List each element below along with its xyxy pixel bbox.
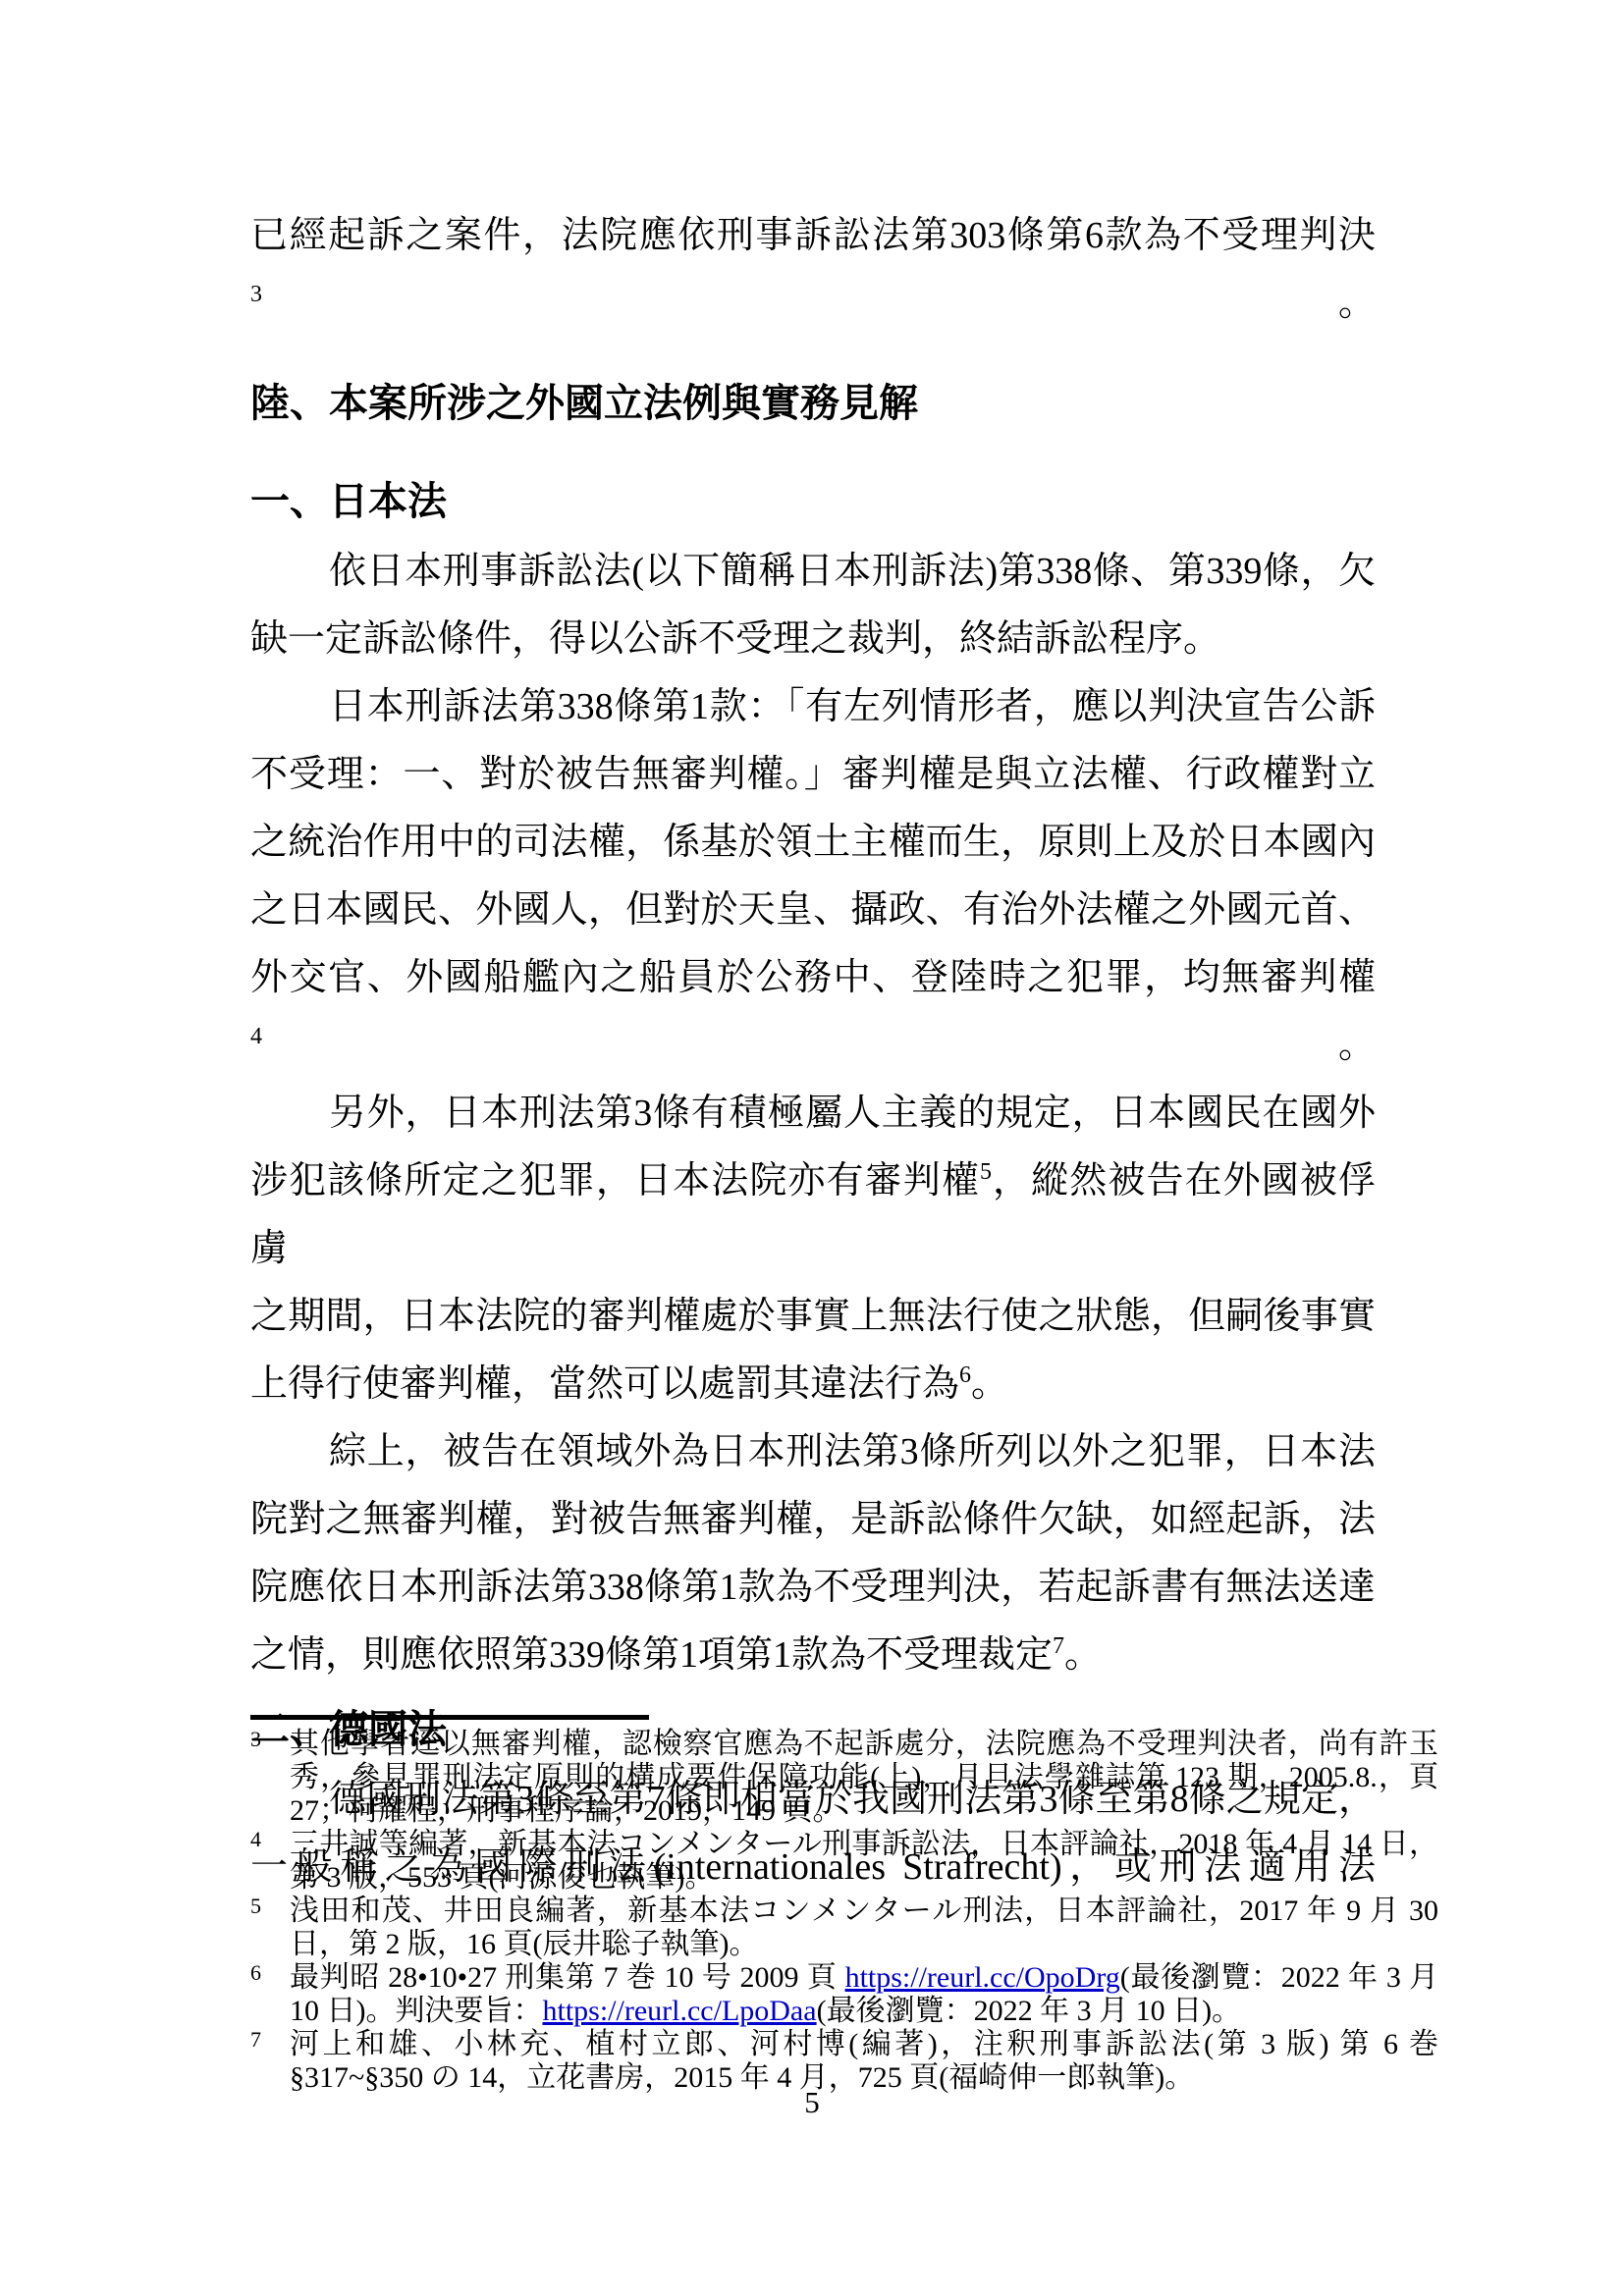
footnote-ref: 6 xyxy=(959,1362,971,1388)
text-line: 綜上，被告在領域外為日本刑法第3條所列以外之犯罪，日本法 xyxy=(250,1418,1376,1486)
footnote-number: 3 xyxy=(250,1723,261,1756)
text-line: 之統治作用中的司法權，係基於領土主權而生，原則上及於日本國內 xyxy=(250,809,1376,877)
footnote-item: 5浅田和茂、井田良編著，新基本法コンメンタール刑法，日本評論社，2017 年 9… xyxy=(250,1895,1438,1961)
footnote-separator xyxy=(250,1715,649,1720)
text-line: 另外，日本刑法第3條有積極屬人主義的規定，日本國民在國外 xyxy=(250,1080,1376,1148)
document-page: 已經起訴之案件，法院應依刑事訴訟法第303條第6款為不受理判決3。陸、本案所涉之… xyxy=(0,0,1624,2296)
footnotes-section: 3其他學者逕以無審判權，認檢察官應為不起訴處分，法院應為不受理判決者，尚有許玉秀… xyxy=(250,1728,1438,2095)
footnote-ref: 5 xyxy=(980,1159,992,1185)
text-line: 之日本國民、外國人，但對於天皇、攝政、有治外法權之外國元首、 xyxy=(250,877,1376,944)
footnote-item: 6最判昭 28•10•27 刑集第 7 巻 10 号 2009 頁 https:… xyxy=(250,1961,1438,2028)
text-line: 外交官、外國船艦內之船員於公務中、登陸時之犯罪，均無審判權4。 xyxy=(250,944,1376,1080)
footnote-number: 4 xyxy=(250,1823,261,1856)
text-line: 院對之無審判權，對被告無審判權，是訴訟條件欠缺，如經起訴，法 xyxy=(250,1486,1376,1554)
text-line: 之情，則應依照第339條第1項第1款為不受理裁定7。 xyxy=(250,1622,1376,1689)
text-line: 院應依日本刑訴法第338條第1款為不受理判決，若起訴書有無法送達 xyxy=(250,1554,1376,1622)
text-line: 上得行使審判權，當然可以處罰其違法行為6。 xyxy=(250,1351,1376,1418)
section-heading: 一、日本法 xyxy=(250,465,1376,538)
footnote-item: 3其他學者逕以無審判權，認檢察官應為不起訴處分，法院應為不受理判決者，尚有許玉秀… xyxy=(250,1728,1438,1828)
text-line: 缺一定訴訟條件，得以公訴不受理之裁判，終結訴訟程序。 xyxy=(250,606,1376,673)
footnote-item: 4三井誠等編著，新基本法コンメンタール刑事訴訟法，日本評論社，2018 年 4 … xyxy=(250,1828,1438,1895)
text-line: 涉犯該條所定之犯罪，日本法院亦有審判權5，縱然被告在外國被俘虜 xyxy=(250,1148,1376,1283)
footnote-number: 7 xyxy=(250,2023,261,2056)
footnote-ref: 7 xyxy=(1053,1633,1064,1659)
section-heading: 陸、本案所涉之外國立法例與實務見解 xyxy=(250,367,1376,440)
text-line: 不受理：一、對於被告無審判權。」審判權是與立法權、行政權對立 xyxy=(250,741,1376,809)
footnote-link[interactable]: https://reurl.cc/LpoDaa xyxy=(543,1995,817,2027)
footnote-number: 5 xyxy=(250,1890,261,1923)
text-line: 日本刑訴法第338條第1款：「有左列情形者，應以判決宣告公訴 xyxy=(250,673,1376,741)
text-line: 之期間，日本法院的審判權處於事實上無法行使之狀態，但嗣後事實 xyxy=(250,1283,1376,1351)
footnote-ref: 4 xyxy=(250,1024,262,1049)
page-number: 5 xyxy=(0,2085,1624,2120)
text-line: 已經起訴之案件，法院應依刑事訴訟法第303條第6款為不受理判決3。 xyxy=(250,202,1376,338)
footnote-ref: 3 xyxy=(250,282,262,307)
footnote-link[interactable]: https://reurl.cc/OpoDrg xyxy=(845,1961,1120,1994)
document-body: 已經起訴之案件，法院應依刑事訴訟法第303條第6款為不受理判決3。陸、本案所涉之… xyxy=(250,202,1376,1901)
footnote-number: 6 xyxy=(250,1956,261,1990)
text-line: 依日本刑事訴訟法(以下簡稱日本刑訴法)第338條、第339條，欠 xyxy=(250,538,1376,606)
